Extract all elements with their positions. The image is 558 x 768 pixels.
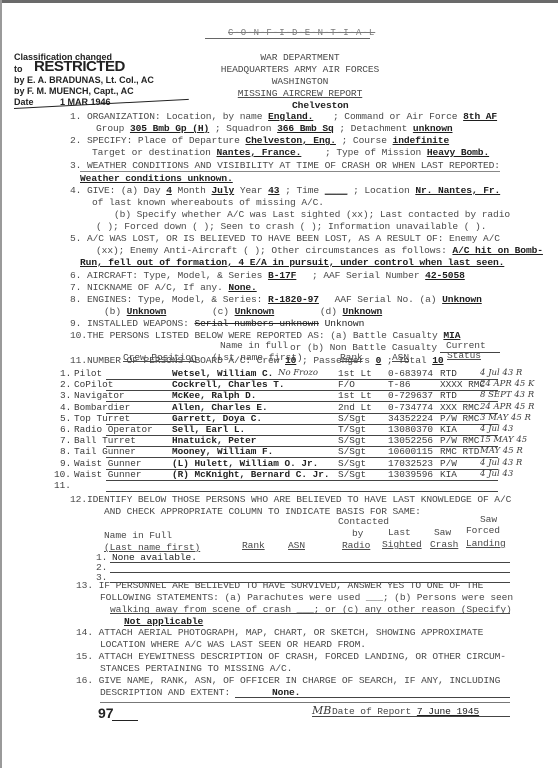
item1-group: 305 Bmb Gp (H)	[130, 123, 209, 134]
item9-label: 9. INSTALLED WEAPONS:	[70, 318, 189, 329]
item1-squadron-label: ; Squadron	[215, 123, 272, 134]
item4-month-label: Month	[178, 185, 206, 196]
crew-asn: 13052256	[388, 435, 433, 446]
crew-status: P/W	[440, 458, 457, 469]
crew-rank: S/Sgt	[338, 446, 366, 457]
footer-rule	[100, 702, 510, 703]
crew-status: KIA	[440, 469, 457, 480]
header-status: Status	[447, 350, 481, 361]
item4-day: 4	[166, 185, 172, 196]
item16-line2: DESCRIPTION AND EXTENT:	[100, 687, 230, 698]
crew-name: Allen, Charles E.	[172, 402, 268, 413]
item4-location: Nr. Nantes, Fr.	[415, 185, 500, 196]
h12-forced: Landing	[466, 538, 506, 549]
crew-status: KIA	[440, 424, 457, 435]
header-department: WAR DEPARTMENT	[230, 52, 370, 63]
item2-row1: 2. SPECIFY: Place of Departure Chelvesto…	[70, 135, 449, 146]
crew-row: 11.	[60, 480, 480, 491]
item2-departure-label: Place of Departure	[138, 135, 240, 146]
stamp-date-label: Date	[14, 97, 34, 107]
crew-name: (L) Hulett, William O. Jr.	[172, 458, 318, 469]
scan-left-edge	[0, 0, 2, 768]
item1-command: 8th AF	[463, 111, 497, 122]
crew-num: 11.	[54, 480, 71, 491]
item10-b-label: or (b) Non Battle Casualty	[290, 342, 437, 353]
item7-label: 7. NICKNAME OF A/C, If any.	[70, 282, 223, 293]
crew-rank: S/Sgt	[338, 413, 366, 424]
crew-status: P/W RMC	[440, 435, 479, 446]
crew-row: 6. Radio Operator Sell, Earl L. T/Sgt 13…	[60, 424, 480, 435]
item5-line2-fill: A/C hit on Bomb-	[452, 245, 543, 256]
item6-serial: 42-5058	[425, 270, 465, 281]
crew-status-date: 4 Jul 43	[480, 469, 513, 479]
item15-line1: 15. ATTACH EYEWITNESS DESCRIPTION OF CRA…	[76, 651, 506, 662]
crew-num: 8.	[60, 446, 71, 457]
crew-num: 3.	[60, 390, 71, 401]
item2-label: 2. SPECIFY:	[70, 135, 132, 146]
h12-name-top: Name in Full	[104, 530, 172, 541]
item8-serial-label: AAF Serial No. (a)	[335, 294, 437, 305]
crew-position: Radio Operator	[74, 424, 153, 435]
crew-asn: T-86	[388, 379, 411, 390]
item16-line1: 16. GIVE NAME, RANK, ASN, OF OFFICER IN …	[76, 675, 500, 686]
crew-row: 8. Tail Gunner Mooney, William F. S/Sgt …	[60, 446, 480, 457]
item1-detachment: unknown	[413, 123, 453, 134]
item11-passengers: 0	[376, 355, 382, 366]
footer-stamp-rule	[112, 720, 138, 721]
crew-rank: S/Sgt	[338, 435, 366, 446]
header-rank: Rank	[340, 352, 363, 363]
crew-position: Tail Gunner	[74, 446, 136, 457]
item6-serial-label: ; AAF Serial Number	[312, 270, 420, 281]
item13-value: Not applicable	[124, 616, 203, 627]
crew-asn: 13080370	[388, 424, 433, 435]
crew-status-date: 15 MAY 45	[480, 435, 527, 445]
item1-row2: Group 305 Bmb Gp (H) ; Squadron 366 Bmb …	[96, 123, 453, 134]
crew-num: 1.	[60, 368, 71, 379]
item5-line2-prefix: (xx); Enemy Anti-Aircraft ( ); Other cir…	[96, 245, 447, 256]
h12-last-top: Last	[388, 527, 411, 538]
crew-status: RMC RTD	[440, 446, 479, 457]
h12-saw-top: Saw	[434, 527, 451, 538]
stamp-by-2: by F. M. MUENCH, Capt., AC	[14, 86, 134, 96]
crew-position: CoPilot	[74, 379, 113, 390]
header-position: Crew Position	[123, 352, 197, 363]
crew-rank: F/O	[338, 379, 355, 390]
item14-line2: LOCATION WHERE A/C WAS LAST SEEN OR HEAR…	[100, 639, 366, 650]
crew-status: XXX RMC	[440, 402, 479, 413]
item9-value: Unknown	[325, 318, 365, 329]
item4-year: 43	[268, 185, 279, 196]
item5-line3: Run, fell out of formation, 4 E/A in pur…	[80, 257, 504, 268]
item1-command-label: ; Command or Air Force	[333, 111, 457, 122]
item4-month: July	[212, 185, 235, 196]
item13-line1: 13. IF PERSONNEL ARE BELIEVED TO HAVE SU…	[76, 580, 483, 591]
crew-status-date: 4 Jul 43 R	[480, 458, 522, 468]
item2-target-label: Target or destination	[92, 147, 211, 158]
item8-row1: 8. ENGINES: Type, Model, & Series: R-182…	[70, 294, 482, 305]
item12-row-rule	[110, 572, 510, 573]
crew-position: Waist Gunner	[74, 458, 142, 469]
crew-row: 7. Ball Turret Hnatuick, Peter S/Sgt 130…	[60, 435, 480, 446]
item1-group-label: Group	[96, 123, 124, 134]
crew-row: 4. Bombardier Allen, Charles E. 2nd Lt 0…	[60, 402, 480, 413]
classification-strike-line	[205, 38, 370, 39]
crew-asn: 0-734774	[388, 402, 433, 413]
crew-row: 2. CoPilot Cockrell, Charles T. F/O T-86…	[60, 379, 480, 390]
crew-num: 4.	[60, 402, 71, 413]
crew-num: 6.	[60, 424, 71, 435]
crew-num: 10.	[54, 469, 71, 480]
crew-asn: 0-729637	[388, 390, 433, 401]
item6-series: B-17F	[268, 270, 296, 281]
crew-status: RTD	[440, 390, 457, 401]
crew-position: Waist Gunner	[74, 469, 142, 480]
crew-name: Mooney, William F.	[172, 446, 273, 457]
crew-status-date: 8 SEPT 43 R	[480, 390, 534, 400]
item3-value: Weather conditions unknown.	[80, 173, 233, 184]
crew-name: McKee, Ralph D.	[172, 390, 256, 401]
h12-contacted-mid: by	[352, 528, 363, 539]
crew-status: XXXX RMC	[440, 379, 485, 390]
crew-rank: 1st Lt	[338, 390, 372, 401]
item8-b-label: (b)	[104, 306, 121, 317]
item4-row1: 4. GIVE: (a) Day 4 Month July Year 43 ; …	[70, 185, 500, 196]
crew-num: 2.	[60, 379, 71, 390]
h12-rank: Rank	[242, 540, 265, 551]
item7-row: 7. NICKNAME OF A/C, If any. None.	[70, 282, 257, 293]
header-name-top: Name in full	[220, 340, 288, 351]
item1-location-label: Location, by name	[166, 111, 262, 122]
item7-value: None.	[228, 282, 256, 293]
header-asn: ASN	[392, 352, 409, 363]
crew-position: Pilot	[74, 368, 102, 379]
item8-label: 8. ENGINES: Type, Model, & Series:	[70, 294, 262, 305]
item2-departure: Chelveston, Eng.	[245, 135, 336, 146]
crew-position: Ball Turret	[74, 435, 136, 446]
item1-label: 1. ORGANIZATION:	[70, 111, 161, 122]
crew-num: 5.	[60, 413, 71, 424]
item2-mission-label: ; Type of Mission	[325, 147, 421, 158]
item3-rule	[80, 171, 500, 172]
h12-contacted-top: Contacted	[338, 516, 389, 527]
location-above: Chelveston	[292, 100, 349, 111]
item12-line1: 12.IDENTIFY BELOW THOSE PERSONS WHO ARE …	[70, 494, 511, 505]
crew-asn: 13039596	[388, 469, 433, 480]
crew-name: Sell, Earl L.	[172, 424, 245, 435]
item1-row1: 1. ORGANIZATION: Location, by name Engla…	[70, 111, 497, 122]
item4-b-line2: ( ); Forced down ( ); Seen to crash ( );…	[96, 221, 486, 232]
footer-date-rule	[312, 716, 510, 717]
item8-series: R-1820-97	[268, 294, 319, 305]
crew-status-date: 24 APR 45 R	[480, 402, 534, 412]
crew-row-rule	[106, 491, 498, 492]
item3-label: 3. WEATHER CONDITIONS AND VISIBILITY AT …	[70, 160, 500, 171]
item9-struck: Serial numbers unknown	[194, 318, 318, 329]
h12-forced-top1: Saw	[480, 514, 497, 525]
crew-status-date: MAY 45 R	[480, 446, 523, 456]
crew-position: Top Turret	[74, 413, 130, 424]
crew-status-date: 24 APR 45 K	[480, 379, 534, 389]
item8-d-label: (d)	[320, 306, 337, 317]
item4-label: 4. GIVE: (a) Day	[70, 185, 161, 196]
stamp-to-label: to	[14, 64, 23, 74]
item8-d: Unknown	[343, 306, 383, 317]
item6-label: 6. AIRCRAFT: Type, Model, & Series	[70, 270, 262, 281]
item8-c-label: (c)	[212, 306, 229, 317]
item1-detachment-label: ; Detachment	[339, 123, 407, 134]
crew-asn: 34352224	[388, 413, 433, 424]
stamp-restricted: RESTRICTED	[34, 58, 125, 75]
item1-location: England.	[268, 111, 313, 122]
item12-row-rule	[110, 562, 510, 563]
crew-asn: 10600115	[388, 446, 433, 457]
crew-name: Wetsel, William C.	[172, 368, 273, 379]
item2-mission: Heavy Bomb.	[427, 147, 489, 158]
item15-line2: STANCES PERTAINING TO MISSING A/C.	[100, 663, 292, 674]
h12-asn: ASN	[288, 540, 305, 551]
crew-status: P/W RMC	[440, 413, 479, 424]
h12-contacted: Radio	[342, 540, 370, 551]
crew-rank: 2nd Lt	[338, 402, 372, 413]
crew-row: 9. Waist Gunner (L) Hulett, William O. J…	[60, 458, 480, 469]
crew-row: 3. Navigator McKee, Ralph D. 1st Lt 0-72…	[60, 390, 480, 401]
item14-line1: 14. ATTACH AERIAL PHOTOGRAPH, MAP, CHART…	[76, 627, 483, 638]
crew-status-date: 4 Jul 43 R	[480, 368, 522, 378]
crew-status-date: 3 MAY 45 R	[480, 413, 531, 423]
item2-row2: Target or destination Nantes, France. ; …	[92, 147, 489, 158]
crew-row: 1. Pilot Wetsel, William C. No Frozo 1st…	[60, 368, 480, 379]
item8-row2: (b) Unknown (c) Unknown (d) Unknown	[104, 306, 382, 317]
item4-year-label: Year	[240, 185, 263, 196]
crew-asn: 0-683974	[388, 368, 433, 379]
page-title: MISSING AIRCREW REPORT	[190, 88, 410, 99]
crew-rank: 1st Lt	[338, 368, 372, 379]
item1-squadron: 366 Bmb Sq	[277, 123, 334, 134]
crew-name: Hnatuick, Peter	[172, 435, 256, 446]
footer-stamp-number: 97	[98, 705, 114, 721]
item16-rule	[235, 697, 510, 698]
item5-line1: 5. A/C WAS LOST, OR IS BELIEVED TO HAVE …	[70, 233, 500, 244]
item8-a: Unknown	[442, 294, 482, 305]
header-city: WASHINGTON	[230, 76, 370, 87]
h12-last: Sighted	[382, 539, 422, 550]
crew-rank: S/Sgt	[338, 458, 366, 469]
item4-b-line1: (b) Specify whether A/C was Last sighted…	[114, 209, 510, 220]
crew-row: 10. Waist Gunner (R) McKnight, Bernard C…	[60, 469, 480, 480]
crew-num: 9.	[60, 458, 71, 469]
crew-position: Navigator	[74, 390, 125, 401]
header-name: (Lst name first)	[212, 352, 303, 363]
crew-note: No Frozo	[278, 368, 318, 378]
h12-forced-top2: Forced	[466, 525, 500, 536]
scan-top-edge	[0, 0, 558, 3]
item4-location-label: ; Location	[353, 185, 410, 196]
item13-rule	[110, 613, 510, 614]
item2-course-label: ; Course	[342, 135, 387, 146]
crew-rank: T/Sgt	[338, 424, 366, 435]
item6-row: 6. AIRCRAFT: Type, Model, & Series B-17F…	[70, 270, 465, 281]
item5-line2: (xx); Enemy Anti-Aircraft ( ); Other cir…	[96, 245, 543, 256]
item13-line2: FOLLOWING STATEMENTS: (a) Parachutes wer…	[100, 592, 513, 603]
item8-c: Unknown	[235, 306, 275, 317]
stamp-by-1: by E. A. BRADUNAS, Lt. Col., AC	[14, 75, 154, 85]
crew-asn: 17032523	[388, 458, 433, 469]
item4-time-label: ; Time	[285, 185, 319, 196]
header-hq: HEADQUARTERS ARMY AIR FORCES	[188, 64, 412, 75]
item11-total: 10	[432, 355, 443, 366]
classification-marking: C-O-N-F-I-D-E-N-T-I-A-L	[228, 28, 375, 38]
item9-row: 9. INSTALLED WEAPONS: Serial numbers unk…	[70, 318, 364, 329]
crew-rank: S/Sgt	[338, 469, 366, 480]
item2-course: indefinite	[393, 135, 450, 146]
crew-status-date: 4 Jul 43	[480, 424, 513, 434]
item2-target: Nantes, France.	[216, 147, 301, 158]
crew-name: (R) McKnight, Bernard C. Jr.	[172, 469, 330, 480]
item4-line2: of last known whereabouts of missing A/C…	[92, 197, 324, 208]
item8-b: Unknown	[127, 306, 167, 317]
crew-position: Bombardier	[74, 402, 130, 413]
h12-saw: Crash	[430, 539, 458, 550]
crew-row: 5. Top Turret Garrett, Doya C. S/Sgt 343…	[60, 413, 480, 424]
crew-status: RTD	[440, 368, 457, 379]
crew-name: Garrett, Doya C.	[172, 413, 262, 424]
crew-num: 7.	[60, 435, 71, 446]
crew-name: Cockrell, Charles T.	[172, 379, 285, 390]
